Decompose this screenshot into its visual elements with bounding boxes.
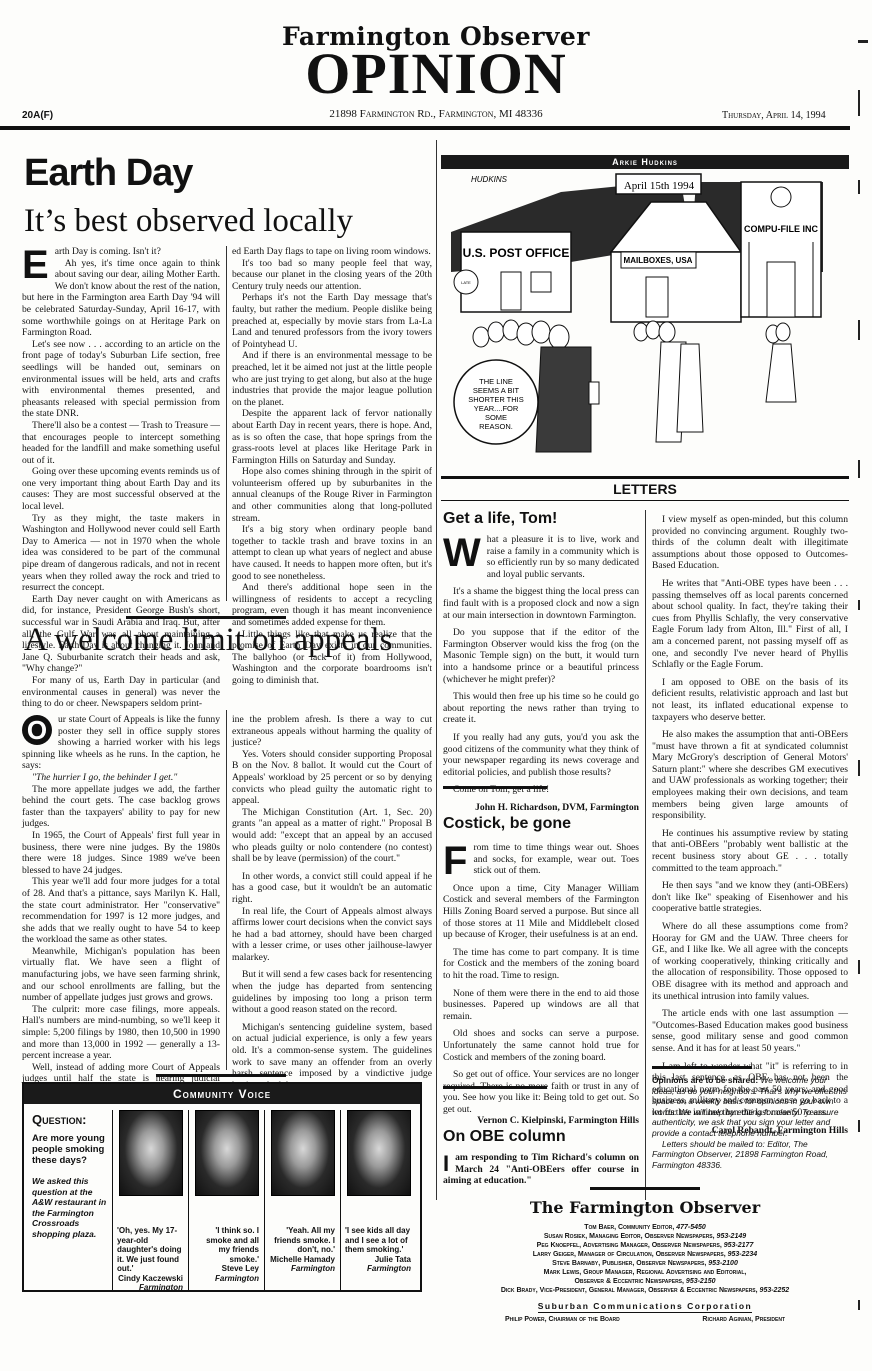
staff-line: Peg Knoepfel, Advertising Manager, Obser… [441, 1241, 849, 1250]
paragraph: The article ends with one last assumptio… [652, 1008, 848, 1054]
letter-obe-intro: I am responding to Tim Richard's column … [443, 1152, 639, 1187]
question-label: Question: [32, 1112, 108, 1127]
paragraph: Despite the apparent lack of fervor nati… [232, 408, 432, 466]
letter-rule [443, 1086, 547, 1089]
respondent-photo [119, 1110, 183, 1196]
masthead-rule [0, 126, 850, 130]
paragraph: He also makes the assumption that anti-O… [652, 729, 848, 822]
respondent-name: Steve Ley [193, 1264, 259, 1274]
question-note: We asked this question at the A&W restau… [32, 1176, 108, 1239]
letter-costick: F rom time to time things wear out. Shoe… [443, 842, 639, 1127]
respondent-name: Michelle Hamady [269, 1255, 335, 1265]
respondent-quote: 'Yeah. All my friends smoke. I don't, no… [269, 1226, 335, 1274]
respondent: 'Yeah. All my friends smoke. I don't, no… [264, 1110, 336, 1290]
paragraph: He continues his assumptive review by st… [652, 828, 848, 874]
paragraph: This would then free up his time so he c… [443, 691, 639, 726]
drop-cap: W [443, 535, 481, 571]
letters-rule [441, 500, 849, 501]
staff-line: Susan Rosiek, Managing Editor, Observer … [441, 1232, 849, 1241]
paragraph: The time has come to part company. It is… [443, 947, 639, 982]
cartoon-credit-bar: Arkie Hudkins [441, 155, 849, 169]
letter-title: On OBE column [443, 1128, 566, 1146]
letter-title: Get a life, Tom! [443, 510, 557, 528]
svg-text:HUDKINS: HUDKINS [471, 175, 508, 184]
drop-cap: F [443, 843, 467, 879]
issue-date: Thursday, April 14, 1994 [722, 110, 826, 121]
quote-text: 'I think so. I smoke and all my friends … [206, 1226, 259, 1264]
column-divider [226, 246, 227, 601]
paragraph: Perhaps it's not the Earth Day message t… [232, 292, 432, 350]
drop-cap: I [443, 1153, 449, 1175]
paragraph: am responding to Tim Richard's column on… [443, 1152, 639, 1187]
letter-signature: Vernon C. Kielpinski, Farmington Hills [443, 1115, 639, 1127]
respondent-photo [347, 1110, 411, 1196]
paragraph: This year we'll add four more judges for… [22, 876, 220, 946]
paragraph: Try as they might, the taste makers in W… [22, 513, 220, 594]
letter-title: Costick, be gone [443, 815, 571, 833]
staff-line: Observer & Eccentric Newspapers, 953-215… [441, 1277, 849, 1286]
staff-line: Larry Geiger, Manager of Circulation, Ob… [441, 1250, 849, 1259]
drop-cap: O [22, 715, 52, 745]
staff-logo: The Farmington Observer [441, 1198, 849, 1217]
paragraph: The culprit: more case filings, more app… [22, 1004, 220, 1062]
paragraph: But it will send a few cases back for re… [232, 969, 432, 1015]
opinions-note: Opinions are to be shared: We welcome yo… [652, 1075, 848, 1170]
paragraph: Michigan's sentencing guideline system, … [232, 1022, 432, 1092]
paragraph: So get out of office. Your services are … [443, 1069, 639, 1115]
respondent-town: Farmington [193, 1274, 259, 1284]
page-edge [852, 0, 872, 1371]
respondent-photo [195, 1110, 259, 1196]
president: Richard Aginian, President [702, 1316, 785, 1323]
respondent-photo [271, 1110, 335, 1196]
section-rule [156, 1074, 286, 1077]
paragraph: The Michigan Constitution (Art. 1, Sec. … [232, 807, 432, 865]
respondent-town: Farmington [345, 1264, 411, 1274]
section-rule [590, 1187, 700, 1190]
paragraph: Hope also comes shining through in the s… [232, 466, 432, 524]
paragraph: Yes. Voters should consider supporting P… [232, 749, 432, 807]
section-rule [126, 616, 286, 619]
corporate-officers: Philip Power, Chairman of the Board Rich… [505, 1316, 785, 1323]
opinions-mail-address: Letters should be mailed to: Editor, The… [652, 1139, 848, 1171]
svg-text:THE LINE: THE LINE [479, 377, 513, 386]
respondent-quote: 'I think so. I smoke and all my friends … [193, 1226, 259, 1283]
drop-cap: E [22, 247, 49, 283]
svg-text:April 15th 1994: April 15th 1994 [624, 180, 695, 192]
paragraph: Meanwhile, Michigan's population has bee… [22, 946, 220, 1004]
earth-day-headline: Earth Day [24, 152, 192, 195]
paragraph: Where do all these assumptions come from… [652, 921, 848, 1002]
letter-rule [443, 786, 547, 789]
opinions-lead: Opinions are to be shared: [652, 1075, 758, 1085]
letters-rule [441, 476, 849, 479]
paragraph: It's too bad so many people feel that wa… [232, 258, 432, 293]
paragraph: It's a shame the biggest thing the local… [443, 586, 639, 621]
cartoon-illustration: U.S. POST OFFICE LATE April 15th 1994 MA… [441, 172, 849, 472]
staff-line: Steve Barnaby, Publisher, Observer Newsp… [441, 1259, 849, 1268]
paragraph: In real life, the Court of Appeals almos… [232, 906, 432, 964]
svg-text:LATE: LATE [461, 280, 471, 285]
quote: "The hurrier I go, the behinder I get." [22, 772, 220, 784]
quote-text: 'Oh, yes. My 17-year-old daughter's doin… [117, 1226, 182, 1273]
svg-text:YEAR....FOR: YEAR....FOR [474, 404, 519, 413]
editorial-cartoon: U.S. POST OFFICE LATE April 15th 1994 MA… [441, 172, 849, 472]
letter-obe-continued: I view myself as open-minded, but this c… [652, 514, 848, 1136]
letters-section-title: LETTERS [441, 481, 849, 497]
paragraph: The more appellate judges we add, the fa… [22, 784, 220, 830]
paragraph: Going over these upcoming events reminds… [22, 466, 220, 512]
paragraph: It's a big story when ordinary people ba… [232, 524, 432, 582]
paragraph: And if there is an environmental message… [232, 350, 432, 408]
svg-text:REASON.: REASON. [479, 422, 513, 431]
paragraph: For many of us, Earth Day in particular … [22, 675, 220, 710]
respondent: 'Oh, yes. My 17-year-old daughter's doin… [112, 1110, 184, 1290]
respondent: 'I think so. I smoke and all my friends … [188, 1110, 260, 1290]
paragraph: Let's see now . . . according to an arti… [22, 339, 220, 420]
earth-day-subhead: It’s best observed locally [24, 203, 353, 240]
svg-text:MAILBOXES, USA: MAILBOXES, USA [624, 256, 693, 265]
paragraph: He writes that "Anti-OBE types have been… [652, 578, 848, 671]
paragraph: None of them were there in the end to ai… [443, 988, 639, 1023]
paragraph: Do you suppose that if the editor of the… [443, 627, 639, 685]
respondent-quote: 'Oh, yes. My 17-year-old daughter's doin… [117, 1226, 183, 1293]
paragraph: ur state Court of Appeals is like the fu… [22, 714, 220, 772]
svg-text:SEEMS A BIT: SEEMS A BIT [473, 386, 520, 395]
column-divider [645, 510, 646, 1200]
paragraph: He then says "and we know they (anti-OBE… [652, 880, 848, 915]
question-text: Are more young people smoking these days… [32, 1133, 108, 1166]
paragraph: Once upon a time, City Manager William C… [443, 883, 639, 941]
paragraph: Old shoes and socks can serve a purpose.… [443, 1028, 639, 1063]
page-divider [436, 140, 437, 1200]
paragraph: In other words, a convict still could ap… [232, 871, 432, 906]
staff-box: The Farmington Observer Tom Baer, Commun… [441, 1198, 849, 1323]
svg-text:COMPU-FILE INC: COMPU-FILE INC [744, 224, 818, 234]
appeals-column-2: ine the problem afresh. Is there a way t… [232, 714, 432, 1091]
column-divider [226, 710, 227, 1070]
paragraph: ine the problem afresh. Is there a way t… [232, 714, 432, 749]
respondent-name: Julie Tata [345, 1255, 411, 1265]
section-title: OPINION [0, 42, 872, 106]
respondent: 'I see kids all day and I see a lot of t… [340, 1110, 412, 1290]
paragraph: I view myself as open-minded, but this c… [652, 514, 848, 572]
respondent-town: Farmington [269, 1264, 335, 1274]
svg-text:U.S. POST OFFICE: U.S. POST OFFICE [463, 246, 570, 260]
appeals-headline: A welcome limit on appeals [24, 622, 392, 659]
paragraph: There'll also be a contest — Trash to Tr… [22, 420, 220, 466]
community-voice-question: Question: Are more young people smoking … [32, 1112, 108, 1239]
paragraph: If you really had any guts, you'd you as… [443, 732, 639, 778]
respondent-name: Cindy Kaczewski [117, 1274, 183, 1284]
community-voice-title: Community Voice [24, 1084, 420, 1104]
staff-line: Dick Brady, Vice-President, General Mana… [441, 1286, 849, 1295]
paragraph: rom time to time things wear out. Shoes … [443, 842, 639, 877]
earth-day-column-2: ed Earth Day flags to tape on living roo… [232, 246, 432, 687]
respondent-town: Farmington [117, 1283, 183, 1293]
corporation-name: Suburban Communications Corporation [538, 1301, 752, 1313]
letter-signature: John H. Richardson, DVM, Farmington [443, 802, 639, 814]
svg-text:SOME: SOME [485, 413, 507, 422]
quote-text: 'I see kids all day and I see a lot of t… [345, 1226, 410, 1254]
paragraph: ed Earth Day flags to tape on living roo… [232, 246, 432, 258]
paragraph: In 1965, the Court of Appeals' first ful… [22, 830, 220, 876]
community-voice: Community Voice Question: Are more young… [22, 1082, 422, 1292]
respondent-quote: 'I see kids all day and I see a lot of t… [345, 1226, 411, 1274]
quote-text: 'Yeah. All my friends smoke. I don't, no… [274, 1226, 335, 1254]
paragraph: arth Day is coming. Isn't it? [22, 246, 220, 258]
chairman: Philip Power, Chairman of the Board [505, 1316, 620, 1323]
paragraph: Ah yes, it's time once again to think ab… [22, 258, 220, 339]
svg-text:SHORTER THIS: SHORTER THIS [468, 395, 524, 404]
letter-rule [652, 1066, 752, 1069]
staff-line: Mark Lewis, Group Manager, Regional Adve… [441, 1268, 849, 1277]
paragraph: I am opposed to OBE on the basis of its … [652, 677, 848, 723]
staff-line: Tom Baer, Community Editor, 477-5450 [441, 1223, 849, 1232]
appeals-column-1: O ur state Court of Appeals is like the … [22, 714, 220, 1097]
letter-get-a-life: W hat a pleasure it is to live, work and… [443, 534, 639, 813]
